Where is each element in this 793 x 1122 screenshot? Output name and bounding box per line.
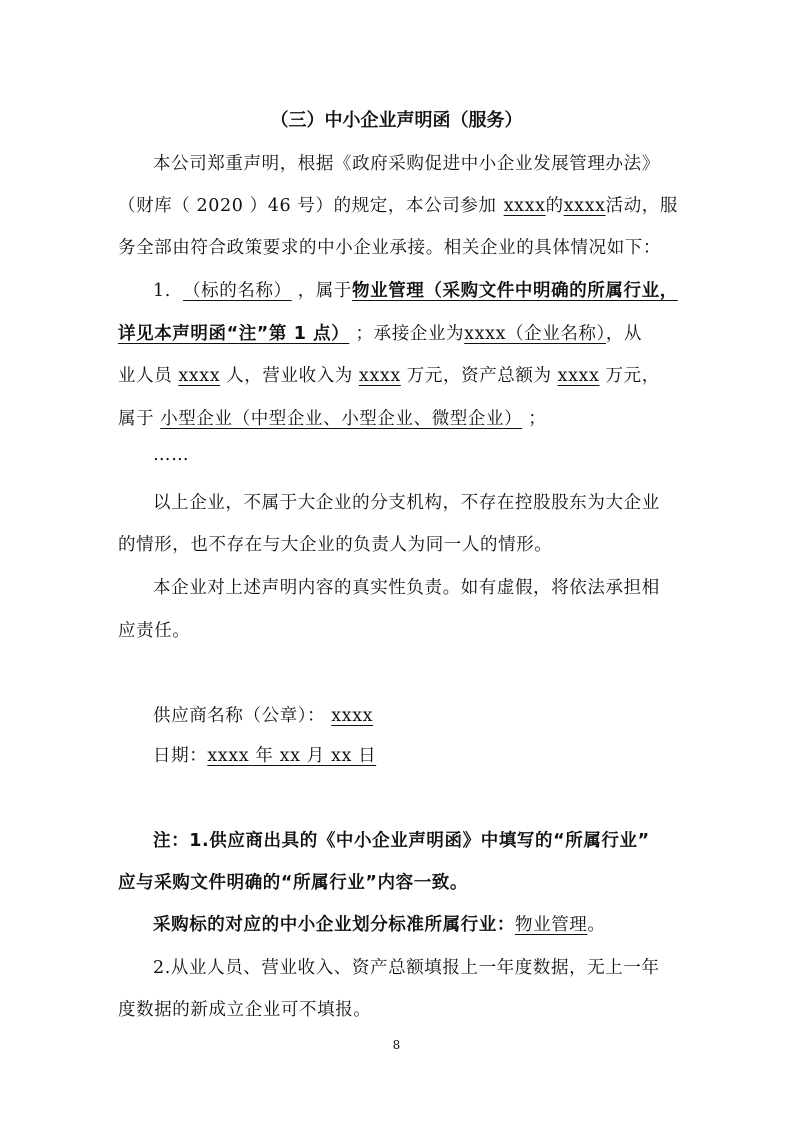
text: 属于 (118, 409, 154, 429)
document-page: （三）中小企业声明函（服务） 本公司郑重声明，根据《政府采购促进中小企业发展管理… (0, 0, 793, 1122)
text: 万元，资产总额为 (407, 366, 552, 386)
text: 万元， (606, 366, 660, 386)
industry-value: 物业管理 (515, 915, 587, 935)
statement-line-2: 的情形，也不存在与大企业的负责人为同一人的情形。 (118, 531, 678, 556)
note2-line-1: 2.从业人员、营业收入、资产总额填报上一年度数据，无上一年 (153, 954, 713, 979)
item1-line-2: 详见本声明函“注”第 1 点） ；承接企业为xxxx（企业名称），从 (118, 320, 678, 345)
company-name-field[interactable]: xxxx（企业名称） (464, 324, 606, 344)
supplier-name-field[interactable]: xxxx (325, 706, 379, 726)
text: 的 (546, 196, 564, 216)
note1-line-2: 应与采购文件明确的“所属行业”内容一致。 (118, 869, 678, 894)
industry-note: 采购标的对应的中小企业划分标准所属行业：物业管理。 (153, 911, 713, 936)
page-number: 8 (0, 1038, 793, 1052)
supplier-label: 供应商名称（公章）： (153, 706, 325, 726)
ellipsis: …… (153, 445, 713, 465)
item1-line-4: 属于小型企业（中型企业、小型企业、微型企业）； (118, 405, 678, 430)
regulation-ref: （财库（ 2020 ）46 号）的规定，本公司参加 (118, 192, 497, 217)
date-label: 日期： (153, 746, 207, 766)
revenue-field[interactable]: xxxx (353, 366, 407, 386)
declaration-line-1: 本公司郑重声明，根据《政府采购促进中小企业发展管理办法》 (153, 150, 713, 175)
item-number: 1. (153, 281, 171, 301)
text: 。 (587, 915, 605, 935)
item1-line-1: 1. （标的名称），属于物业管理（采购文件中明确的所属行业， (153, 277, 713, 302)
industry-label: 采购标的对应的中小企业划分标准所属行业： (153, 915, 515, 935)
text: ，属于 (298, 281, 352, 301)
note1-line-1: 注：1.供应商出具的《中小企业声明函》中填写的“所属行业” (153, 827, 713, 852)
statement-line-1: 以上企业，不属于大企业的分支机构，不存在控股股东为大企业 (153, 489, 713, 514)
project-name-field[interactable]: xxxx (504, 196, 546, 216)
enterprise-type-field[interactable]: 小型企业（中型企业、小型企业、微型企业） (154, 405, 528, 430)
item1-line-3: 业人员xxxx人，营业收入为xxxx万元，资产总额为xxxx万元， (118, 362, 678, 387)
industry-text-cont: 详见本声明函“注”第 1 点） (118, 324, 349, 344)
staff-count-field[interactable]: xxxx (172, 366, 226, 386)
text: ； (528, 409, 546, 429)
supplier-signature: 供应商名称（公章）：xxxx (153, 702, 713, 727)
note2-line-2: 度数据的新成立企业可不填报。 (118, 996, 678, 1021)
text: ；承接企业为 (356, 324, 465, 344)
subject-name-field[interactable]: （标的名称） (177, 277, 298, 302)
date-line: 日期：xxxx 年 xx 月 xx 日 (153, 742, 713, 767)
page-title: （三）中小企业声明函（服务） (0, 106, 793, 132)
text: 活动，服 (606, 196, 678, 216)
industry-text: 物业管理（采购文件中明确的所属行业， (352, 281, 678, 301)
assets-field[interactable]: xxxx (552, 366, 606, 386)
declaration-line-3: 务全部由符合政策要求的中小企业承接。相关企业的具体情况如下： (118, 234, 678, 259)
declaration-line-2: （财库（ 2020 ）46 号）的规定，本公司参加 xxxx的xxxx活动，服 (118, 192, 678, 217)
responsibility-line-1: 本企业对上述声明内容的真实性负责。如有虚假，将依法承担相 (153, 574, 713, 599)
text: 业人员 (118, 366, 172, 386)
text: 人，营业收入为 (226, 366, 353, 386)
date-field[interactable]: xxxx 年 xx 月 xx 日 (207, 746, 376, 766)
activity-name-field[interactable]: xxxx (564, 196, 606, 216)
text: ，从 (606, 324, 642, 344)
responsibility-line-2: 应责任。 (118, 617, 678, 642)
